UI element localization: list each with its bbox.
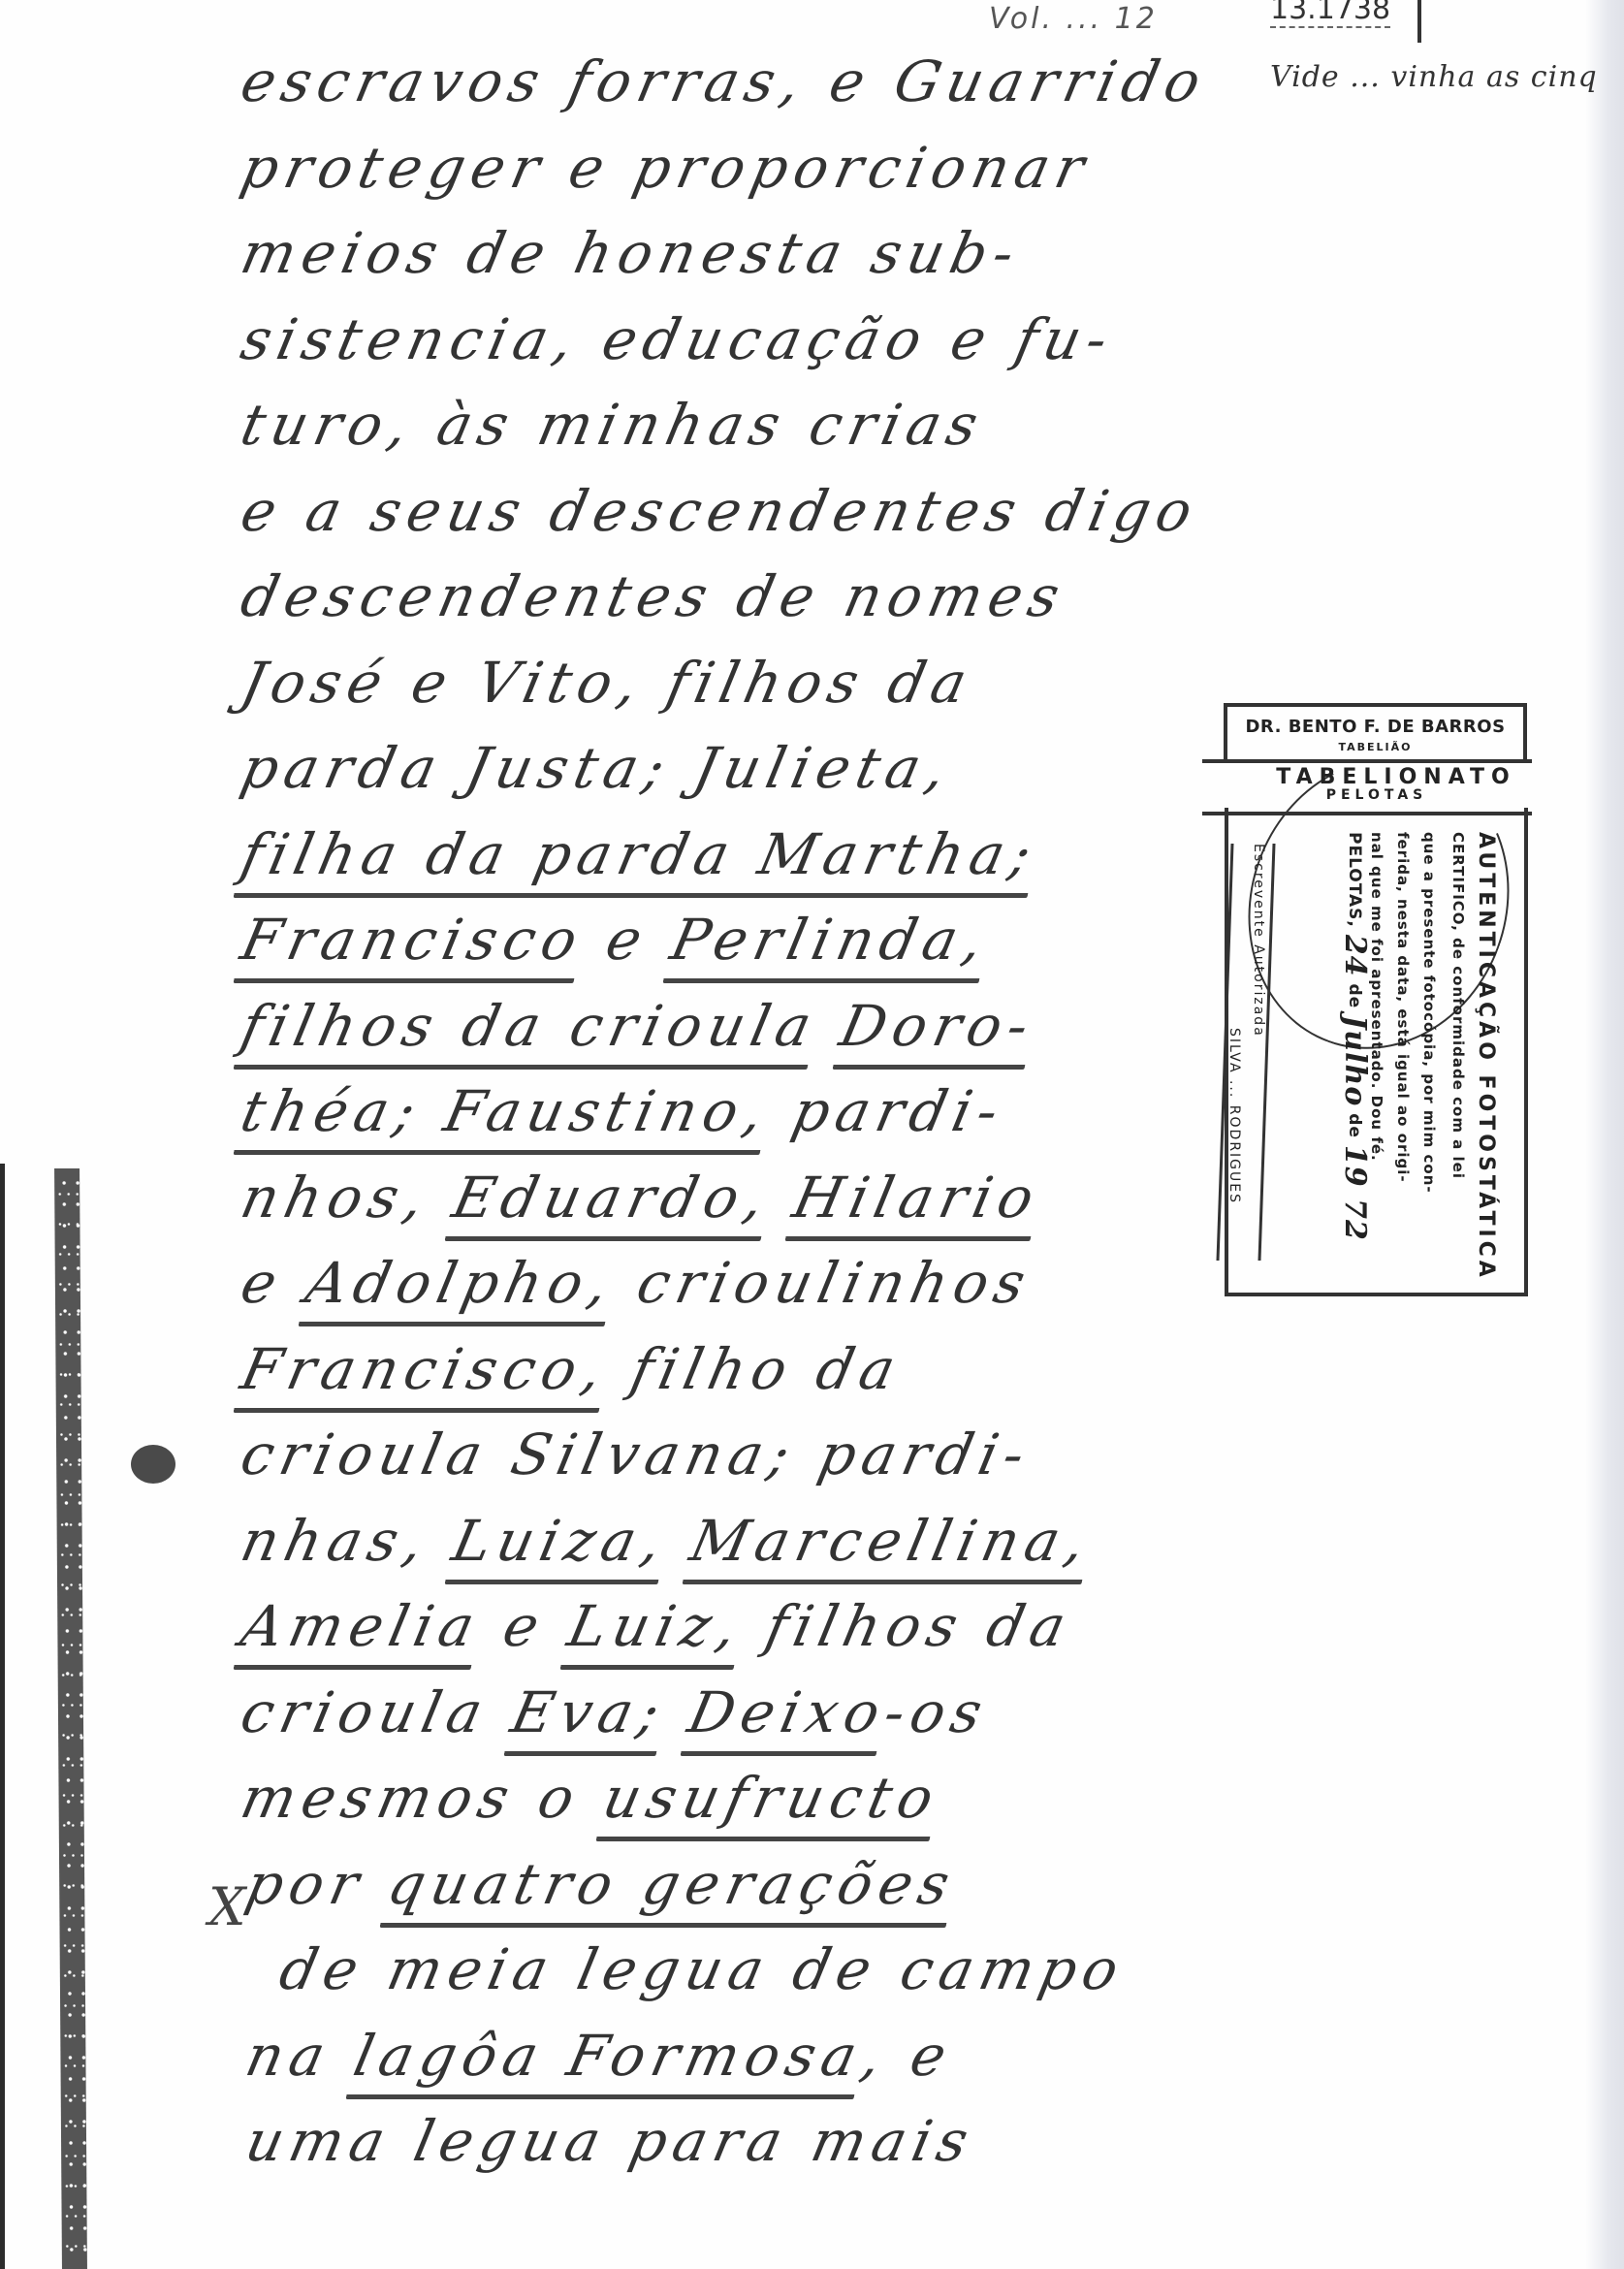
- margin-mark: X: [208, 1876, 245, 1937]
- manuscript-line: proteger e proporcionar: [236, 135, 1097, 201]
- manuscript-line: Amelia e Luiz, filhos da: [236, 1593, 1078, 1659]
- manuscript-line: na lagôa Formosa, e: [240, 2023, 959, 2089]
- notary-name: DR. BENTO F. DE BARROS: [1227, 717, 1523, 737]
- manuscript-line: e a seus descendentes digo: [236, 478, 1205, 544]
- underlined-name: Doro-: [832, 993, 1040, 1070]
- manuscript-line: Francisco, filho da: [236, 1336, 908, 1402]
- manuscript-line: parda Justa; Julieta,: [236, 735, 959, 801]
- underlined-name: usufructo: [595, 1765, 946, 1841]
- underlined-name: Marcellina,: [683, 1508, 1098, 1584]
- authentication-date: PELOTAS, 24 de Julho de 19 72: [1338, 832, 1372, 1241]
- authentication-line-1: CERTIFICO, de conformidade com a lei: [1449, 832, 1467, 1179]
- manuscript-line: escravos forras, e Guarrido: [236, 48, 1213, 114]
- underlined-name: Luiza,: [444, 1508, 674, 1584]
- underlined-name: Deixo: [681, 1679, 893, 1756]
- underlined-name: quatro gerações: [380, 1851, 962, 1928]
- signature-label: Escrevente Autorizada: [1251, 844, 1266, 1038]
- manuscript-line: turo, às minhas crias: [236, 392, 991, 458]
- underlined-name: Adolpho,: [298, 1250, 621, 1326]
- manuscript-line: meios de honesta sub-: [236, 220, 1027, 286]
- punch-hole: [131, 1445, 175, 1484]
- date-year: 19 72: [1338, 1145, 1372, 1241]
- underlined-name: Eduardo,: [445, 1165, 777, 1241]
- manuscript-line: crioula Silvana; pardi-: [236, 1422, 1037, 1487]
- manuscript-line: sistencia, educação e fu-: [236, 306, 1120, 372]
- manuscript-line: filha da parda Martha;: [236, 821, 1044, 887]
- office-name: TABELIONATO: [1202, 765, 1532, 789]
- underlined-name: lagôa Formosa: [346, 2023, 870, 2099]
- manuscript-line: descendentes de nomes: [236, 563, 1072, 629]
- underlined-name: Hilario: [785, 1165, 1046, 1241]
- date-day: 24: [1338, 935, 1372, 977]
- manuscript-line: por quatro gerações: [240, 1851, 962, 1917]
- manuscript-line: théa; Faustino, pardi-: [236, 1078, 1011, 1144]
- underlined-name: Eva;: [503, 1679, 672, 1756]
- manuscript-line: nhos, Eduardo, Hilario: [236, 1165, 1046, 1230]
- document-page: Vol. ... 12 13.1738 Vide ... vinha as ci…: [0, 0, 1624, 2269]
- authentication-title: AUTENTICAÇÃO FOTOSTÁTICA: [1474, 832, 1498, 1281]
- manuscript-line: nhas, Luiza, Marcellina,: [236, 1508, 1098, 1574]
- manuscript-line: crioula Eva; Deixo-os: [236, 1679, 995, 1745]
- volume-reference: Vol. ... 12: [989, 2, 1158, 36]
- underlined-name: Perlinda,: [663, 907, 996, 983]
- underlined-name: Francisco: [233, 907, 589, 983]
- authentication-line-3: ferida, nesta data, está igual ao origi-: [1394, 832, 1412, 1183]
- notary-role: TABELIÃO: [1227, 741, 1523, 753]
- authentication-line-2: que a presente fotocópia, por mim con-: [1420, 832, 1438, 1194]
- manuscript-line: mesmos o usufructo: [236, 1765, 946, 1831]
- notary-stamp-header: DR. BENTO F. DE BARROS TABELIÃO: [1224, 703, 1527, 763]
- office-city: PELOTAS: [1202, 787, 1532, 803]
- date-month: Julho: [1338, 1015, 1372, 1106]
- manuscript-line: Francisco e Perlinda,: [236, 907, 996, 973]
- underlined-name: Francisco,: [233, 1336, 614, 1413]
- page-edge-shadow: [1585, 0, 1624, 2269]
- margin-note-top: Vide ... vinha as cinq: [1270, 60, 1598, 94]
- manuscript-line: e Adolpho, crioulinhos: [236, 1250, 1038, 1316]
- manuscript-line: José e Vito, filhos da: [236, 650, 979, 716]
- binding-strip: [54, 1168, 87, 2269]
- underlined-name: filha da parda Martha;: [233, 821, 1043, 898]
- underlined-name: Amelia: [233, 1593, 487, 1670]
- document-number: 13.1738: [1270, 0, 1421, 43]
- signature-name: SILVA ... RODRIGUES: [1226, 1028, 1242, 1204]
- underlined-name: Luiz,: [560, 1593, 749, 1670]
- underlined-name: filhos da crioula: [233, 993, 823, 1070]
- underlined-name: théa; Faustino,: [233, 1078, 776, 1155]
- manuscript-line: filhos da crioula Doro-: [236, 993, 1041, 1059]
- manuscript-line: uma legua para mais: [240, 2108, 981, 2174]
- manuscript-line: de meia legua de campo: [274, 1936, 1131, 2002]
- scan-edge: [0, 1164, 5, 2269]
